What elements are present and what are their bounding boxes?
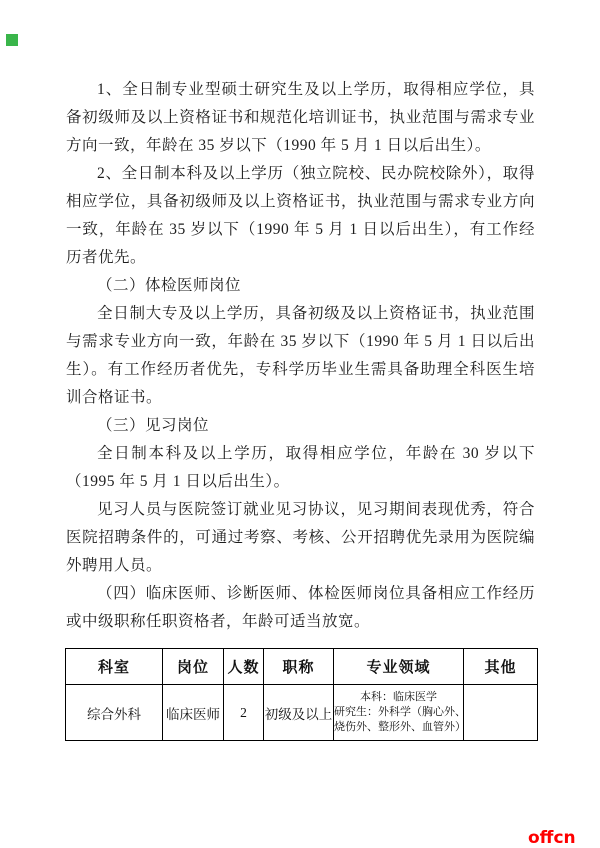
table-cell: 临床医师: [163, 685, 224, 741]
field-line: 烧伤外、整形外、血管外）: [334, 720, 463, 735]
table-row: 综合外科临床医师2初级及以上本科：临床医学研究生：外科学（胸心外、烧伤外、整形外…: [66, 685, 538, 741]
table-cell: 2: [224, 685, 264, 741]
document-body: 1、全日制专业型硕士研究生及以上学历，取得相应学位，具备初级师及以上资格证书和规…: [66, 76, 535, 636]
column-header: 科室: [66, 649, 163, 685]
column-header: 职称: [264, 649, 334, 685]
paragraph: 2、全日制本科及以上学历（独立院校、民办院校除外），取得相应学位，具备初级师及以…: [66, 160, 535, 272]
paragraph: 1、全日制专业型硕士研究生及以上学历，取得相应学位，具备初级师及以上资格证书和规…: [66, 76, 535, 160]
column-header: 专业领域: [334, 649, 464, 685]
table-header-row: 科室岗位人数职称专业领域其他: [66, 649, 538, 685]
field-line: 本科：临床医学: [334, 690, 463, 705]
paragraph: 全日制大专及以上学历，具备初级及以上资格证书，执业范围与需求专业方向一致，年龄在…: [66, 300, 535, 412]
table-cell: 综合外科: [66, 685, 163, 741]
section-heading: （二）体检医师岗位: [66, 272, 535, 300]
table-cell: [464, 685, 538, 741]
paragraph: 见习人员与医院签订就业见习协议，见习期间表现优秀，符合医院招聘条件的，可通过考察…: [66, 496, 535, 580]
table-body: 综合外科临床医师2初级及以上本科：临床医学研究生：外科学（胸心外、烧伤外、整形外…: [66, 685, 538, 741]
paragraph: （四）临床医师、诊断医师、体检医师岗位具备相应工作经历或中级职称任职资格者，年龄…: [66, 580, 535, 636]
column-header: 其他: [464, 649, 538, 685]
column-header: 岗位: [163, 649, 224, 685]
offcn-watermark: offcn: [528, 828, 576, 848]
corner-marker: [6, 34, 18, 46]
column-header: 人数: [224, 649, 264, 685]
section-heading: （三）见习岗位: [66, 412, 535, 440]
recruitment-table: 科室岗位人数职称专业领域其他 综合外科临床医师2初级及以上本科：临床医学研究生：…: [65, 648, 538, 741]
paragraph: 全日制本科及以上学历，取得相应学位，年龄在 30 岁以下（1995 年 5 月 …: [66, 440, 535, 496]
field-line: 研究生：外科学（胸心外、: [334, 705, 463, 720]
table-cell: 初级及以上: [264, 685, 334, 741]
table-cell: 本科：临床医学研究生：外科学（胸心外、烧伤外、整形外、血管外）: [334, 685, 464, 741]
